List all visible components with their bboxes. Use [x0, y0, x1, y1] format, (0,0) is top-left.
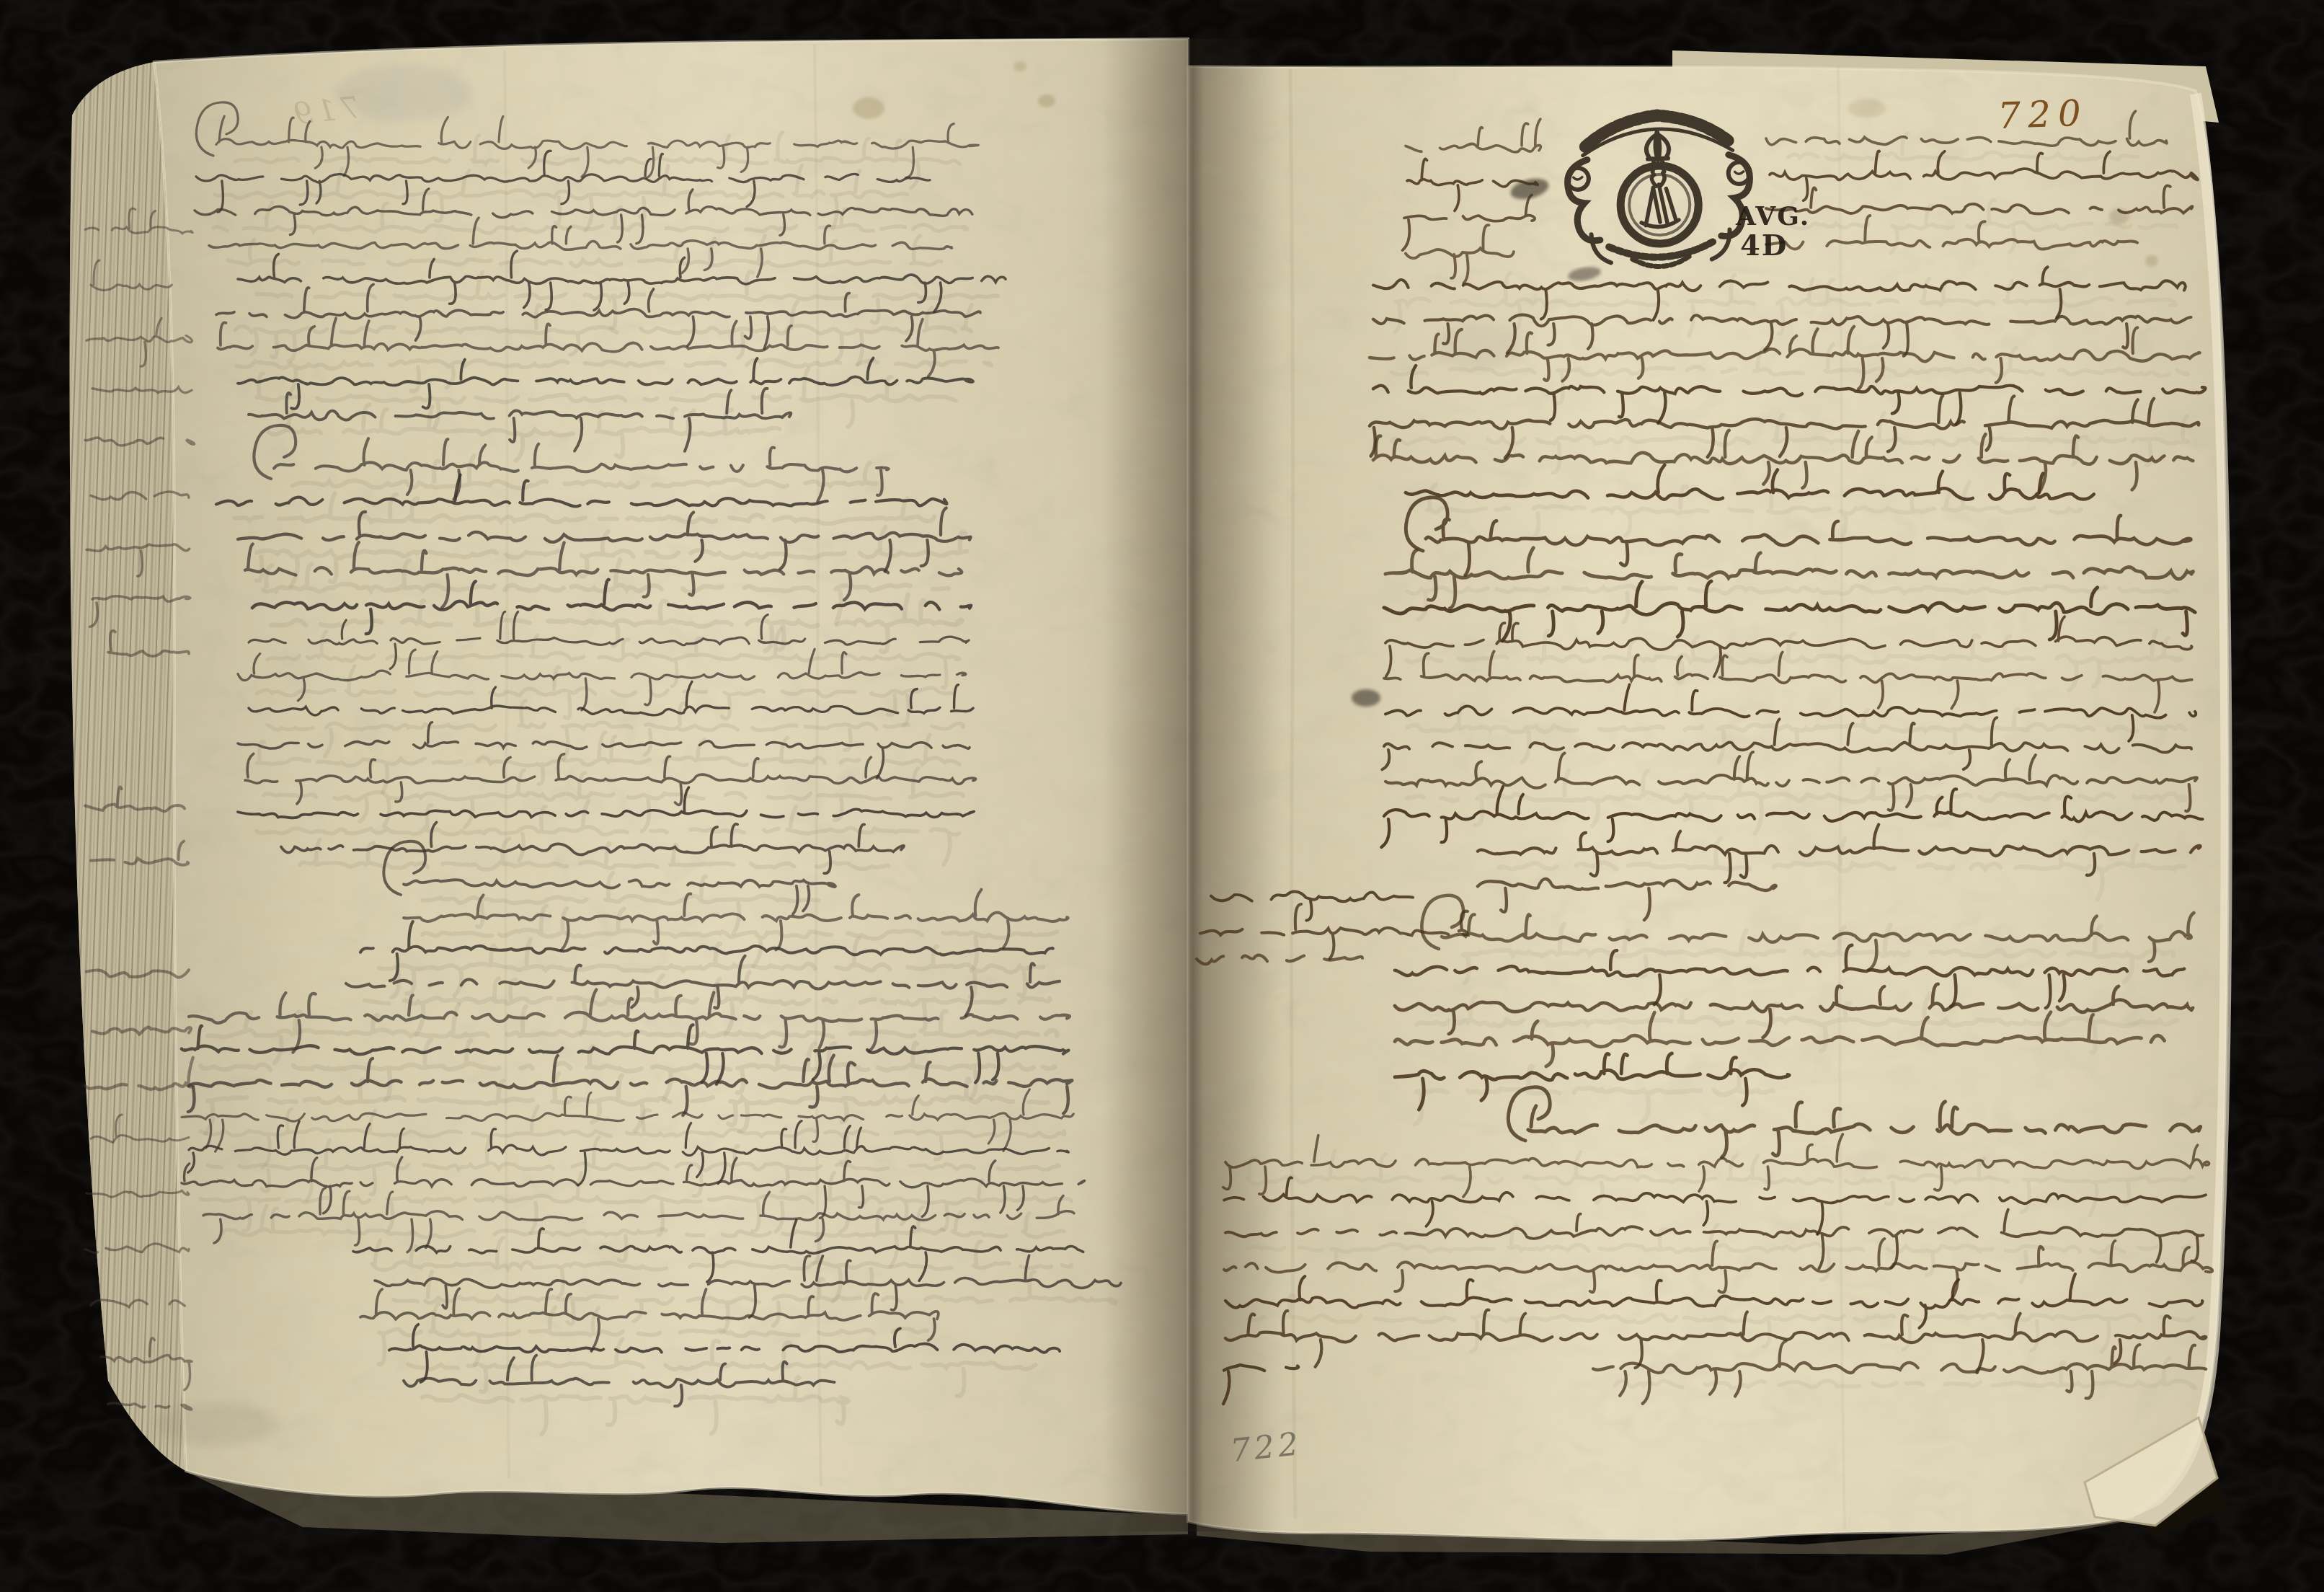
stamp-text-avg: AVG.: [1735, 201, 1810, 231]
pencil-folio-number: 722: [1229, 1425, 1304, 1469]
stain: [2145, 255, 2158, 267]
stain: [1848, 99, 1886, 118]
stain: [1014, 61, 1026, 71]
stamp-text-4d: 4D: [1740, 229, 1788, 262]
manuscript-photo: 719 AVG. 4D 720 722: [0, 0, 2324, 1592]
stain: [1038, 94, 1055, 107]
gutter-shadow: [1103, 39, 1283, 1531]
showthrough-folio-number: 719: [288, 89, 362, 132]
stain: [155, 1402, 278, 1446]
stain: [853, 97, 884, 119]
ink-blot: [1352, 689, 1380, 707]
folio-number: 720: [1997, 92, 2088, 137]
